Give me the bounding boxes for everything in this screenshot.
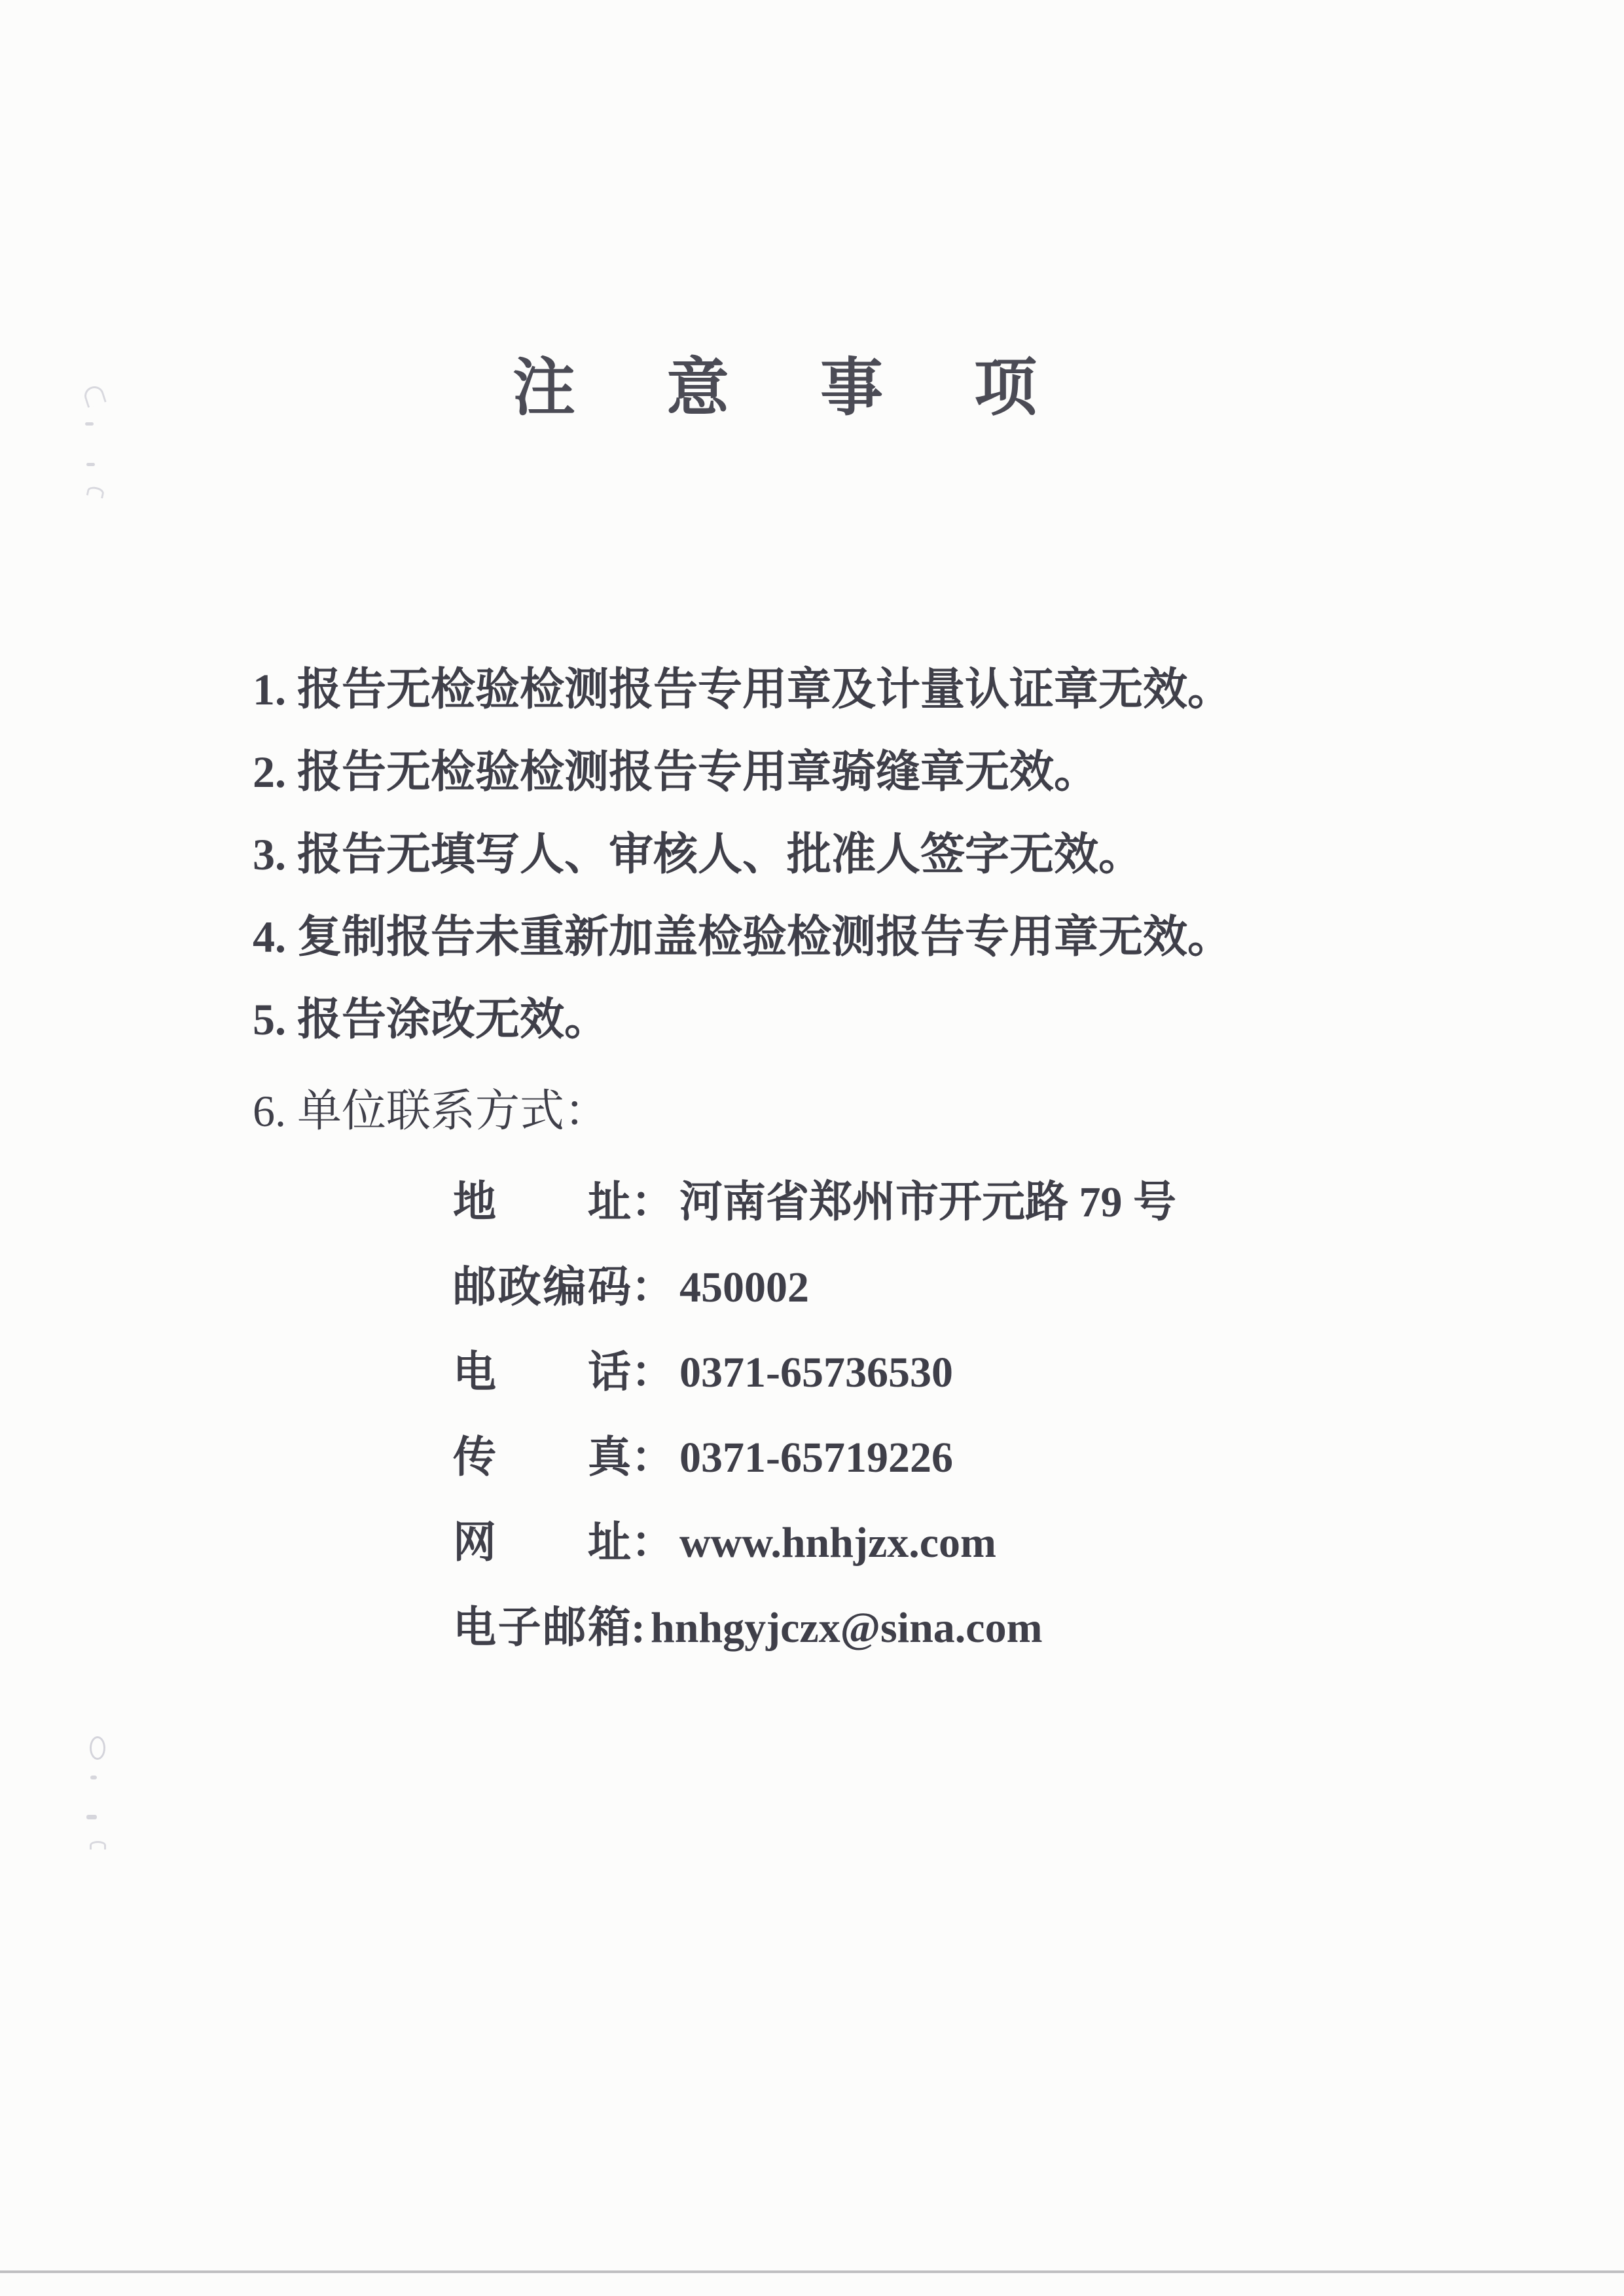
note-item-2: 2. 报告无检验检测报告专用章骑缝章无效。 [253,731,1405,813]
contact-label: 电子邮箱 [453,1586,631,1671]
notes-list: 1. 报告无检验检测报告专用章及计量认证章无效。 2. 报告无检验检测报告专用章… [253,648,1405,1152]
contact-separator: : [631,1586,645,1671]
note-item-6: 6. 单位联系方式： [253,1070,1405,1152]
scan-smudge-mark [90,1841,106,1850]
note-item-1: 1. 报告无检验检测报告专用章及计量认证章无效。 [253,648,1405,731]
scan-edge-line [0,2270,1624,2273]
notice-page: 注意事项 1. 报告无检验检测报告专用章及计量认证章无效。 2. 报告无检验检测… [0,0,1624,2296]
contact-label: 邮政编码 [453,1245,631,1330]
contact-value: www.hnhjzx.com [679,1519,996,1567]
contact-row-email: 电子邮箱:hnhgyjczx@sina.com [453,1586,1435,1671]
scan-smudge-mark [82,384,106,408]
contact-label: 电话 [453,1330,631,1415]
scan-smudge-mark [90,1776,97,1779]
note-item-5: 5. 报告涂改无效。 [253,978,1405,1061]
contact-value: 0371-65736530 [679,1349,953,1396]
scan-smudge-mark [85,422,94,426]
contact-separator: ： [631,1160,674,1245]
note-item-4: 4. 复制报告未重新加盖检验检测报告专用章无效。 [253,896,1405,978]
contact-row-website: 网址：www.hnhjzx.com [453,1501,1435,1586]
contact-separator: ： [631,1501,674,1586]
contact-value: hnhgyjczx@sina.com [651,1604,1043,1652]
scan-smudge-mark [86,485,105,498]
contact-row-address: 地址：河南省郑州市开元路 79 号 [453,1160,1435,1245]
contact-row-fax: 传真：0371-65719226 [453,1415,1435,1501]
contact-value: 0371-65719226 [679,1434,953,1482]
contact-separator: ： [631,1415,674,1501]
scan-smudge-mark [86,1815,97,1819]
scan-smudge-mark [86,463,95,466]
contact-separator: ： [631,1330,674,1415]
contact-value: 河南省郑州市开元路 79 号 [679,1178,1176,1226]
contact-label: 地址 [453,1160,631,1245]
scan-smudge-mark [90,1736,105,1760]
contact-label: 网址 [453,1501,631,1586]
contact-value: 450002 [679,1264,809,1311]
contact-label: 传真 [453,1415,631,1501]
contact-row-postcode: 邮政编码：450002 [453,1245,1435,1330]
note-item-3: 3. 报告无填写人、审核人、批准人签字无效。 [253,813,1405,896]
page-title: 注意事项 [513,354,1128,423]
contact-row-phone: 电话：0371-65736530 [453,1330,1435,1415]
contact-separator: ： [631,1245,674,1330]
contact-list: 地址：河南省郑州市开元路 79 号 邮政编码：450002 电话：0371-65… [453,1160,1435,1671]
